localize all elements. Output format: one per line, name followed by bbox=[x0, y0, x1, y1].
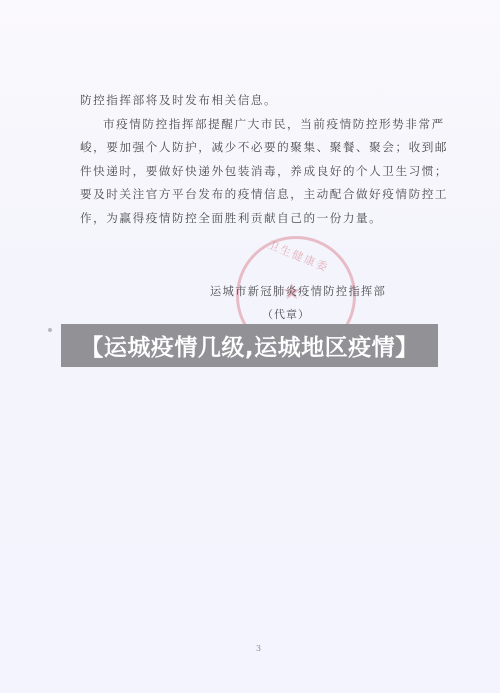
body-line: 件快递时，要做好快递外包装消毒，养成良好的个人卫生习惯； bbox=[80, 160, 425, 184]
body-line: 作，为赢得疫情防控全面胜利贡献自己的一份力量。 bbox=[80, 207, 425, 231]
body-line: 峻，要加强个人防护，减少不必要的聚集、聚餐、聚会；收到邮 bbox=[80, 136, 425, 160]
title-banner: 【运城疫情几级,运城地区疫情】 bbox=[61, 324, 438, 367]
banner-title: 【运城疫情几级,运城地区疫情】 bbox=[80, 329, 418, 362]
body-line: 防控指挥部将及时发布相关信息。 bbox=[80, 89, 425, 113]
page-number: 3 bbox=[256, 644, 261, 653]
seal-note: （代章） bbox=[262, 306, 310, 322]
signature: 运城市新冠肺炎疫情防控指挥部 bbox=[210, 283, 386, 299]
body-line: 要及时关注官方平台发布的疫情信息，主动配合做好疫情防控工 bbox=[80, 183, 425, 207]
body-line: 市疫情防控指挥部提醒广大市民，当前疫情防控形势非常严 bbox=[80, 113, 425, 137]
margin-mark bbox=[48, 328, 52, 332]
document-body: 防控指挥部将及时发布相关信息。 市疫情防控指挥部提醒广大市民，当前疫情防控形势非… bbox=[80, 89, 425, 230]
